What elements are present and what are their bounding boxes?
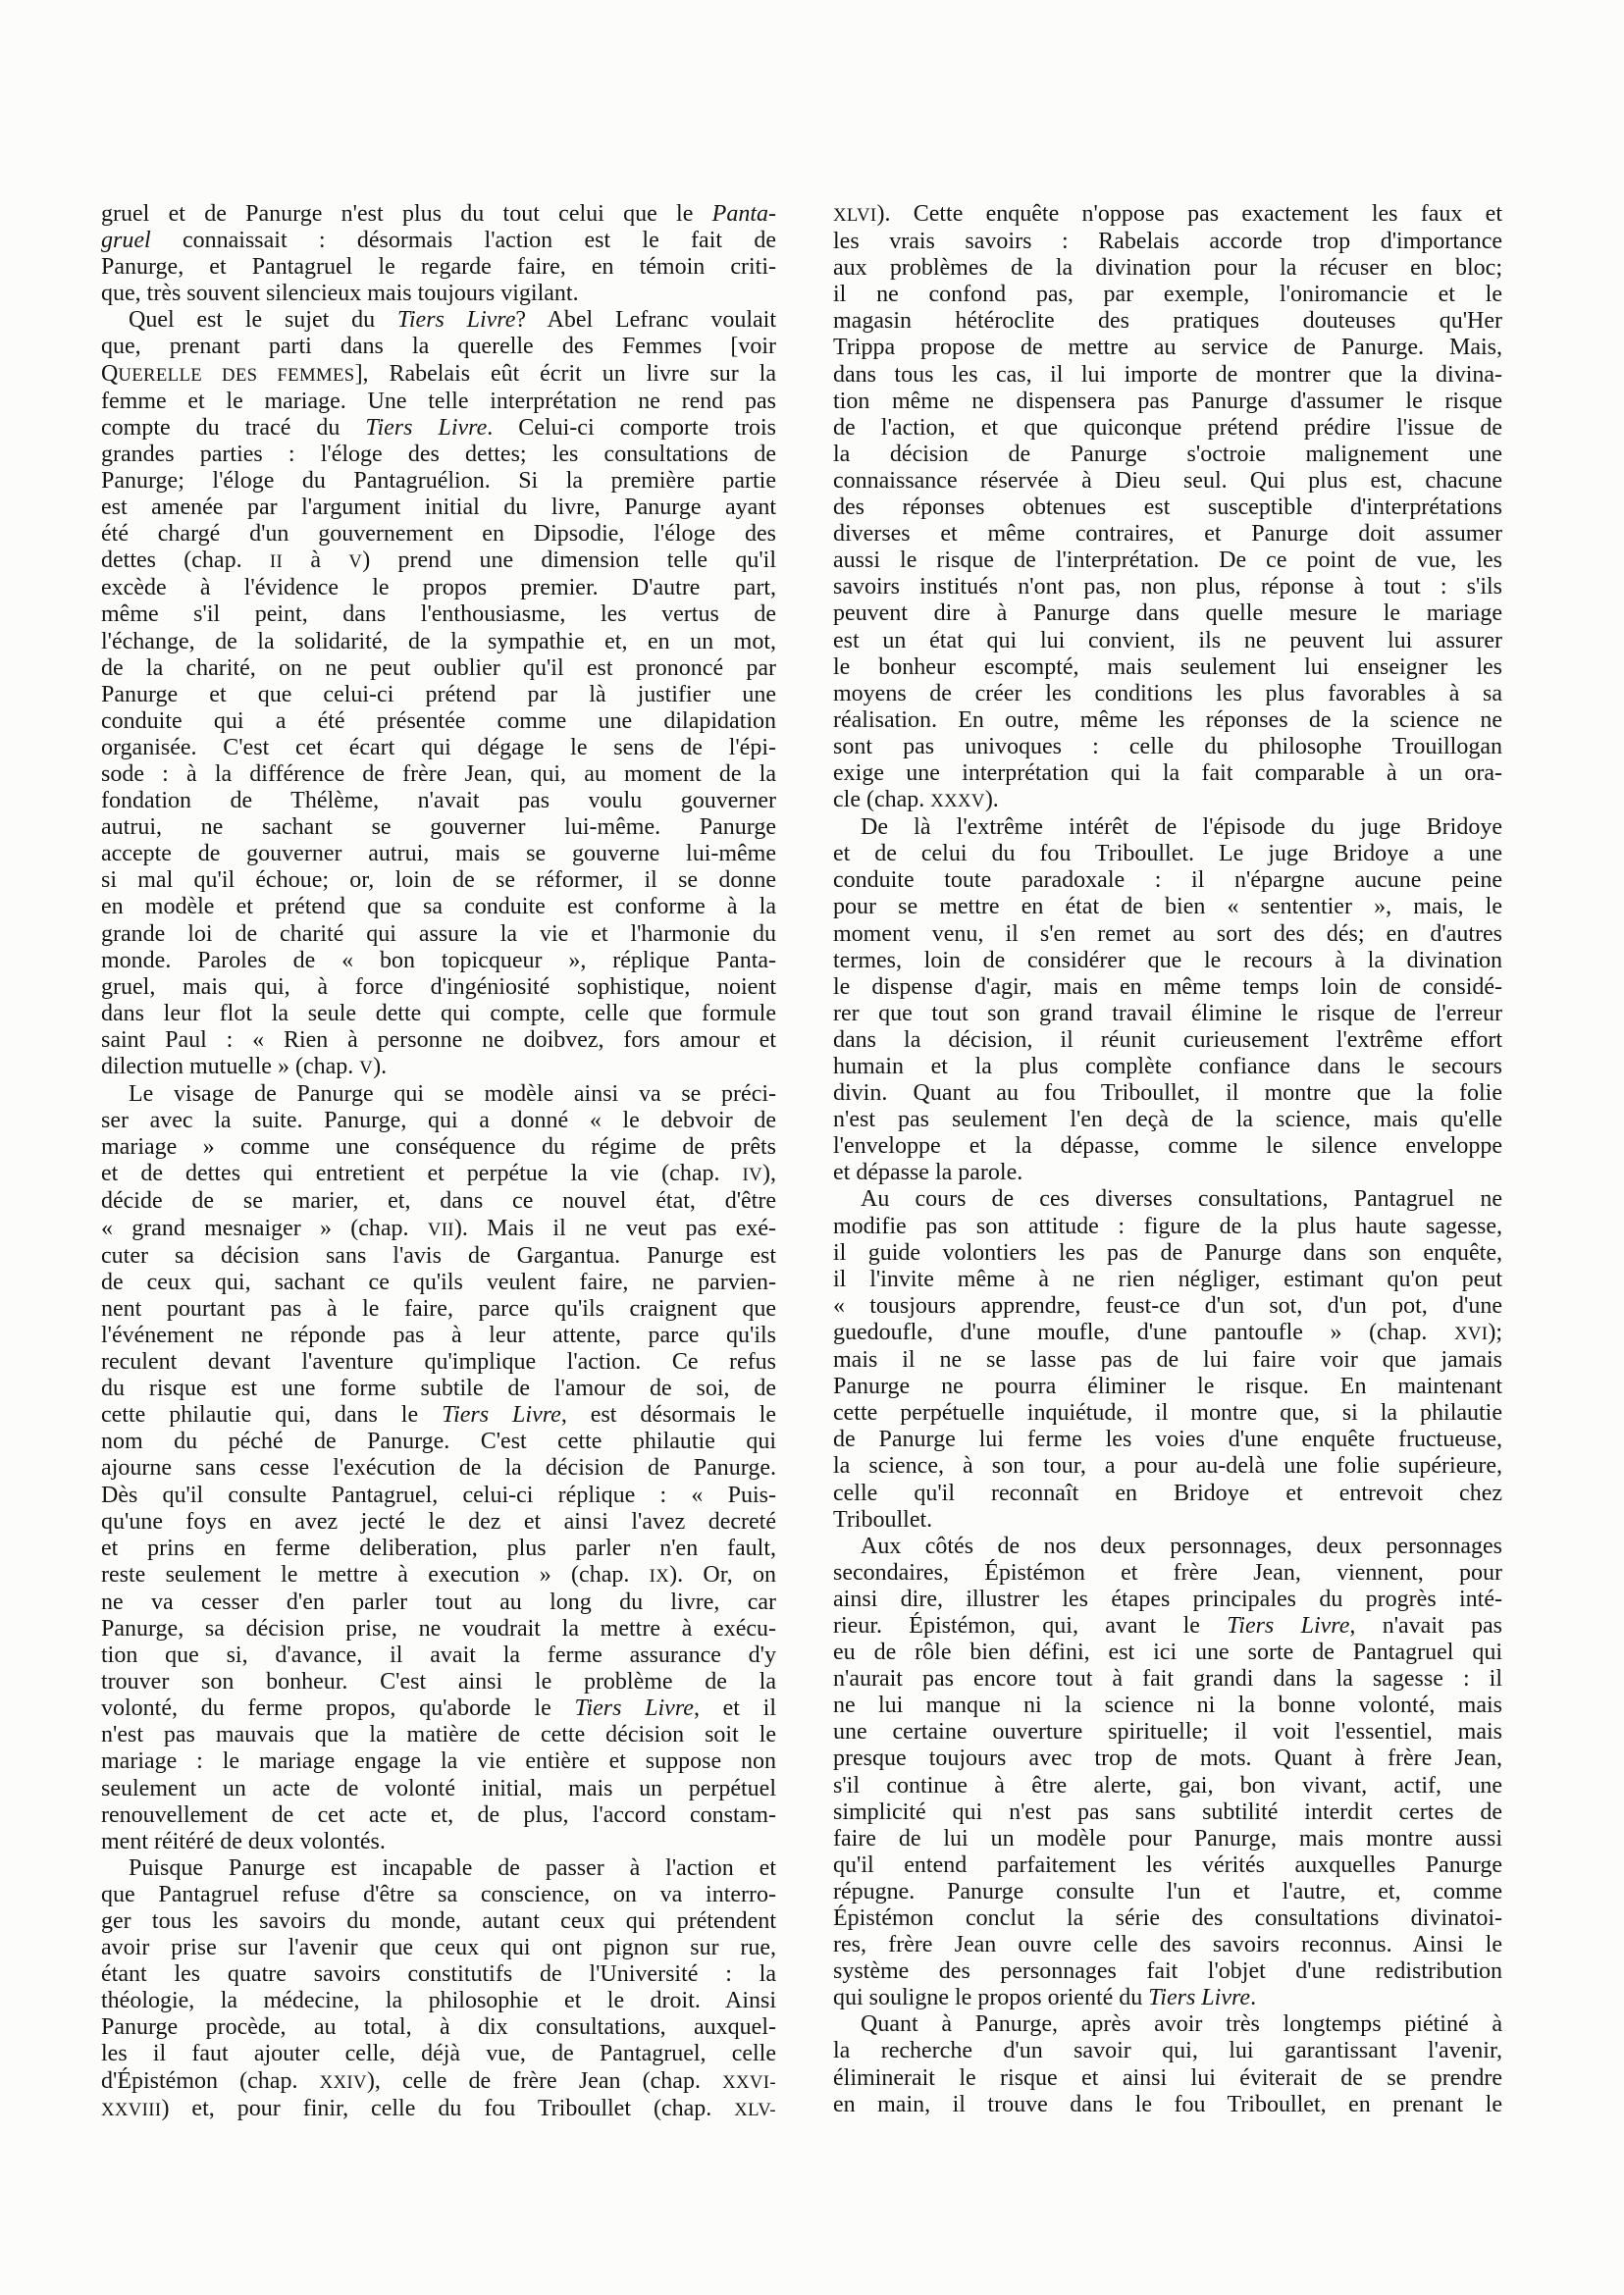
text-line: répugne. Panurge consulte l'un et l'autr… — [833, 1879, 1502, 1905]
text-line: XLVI). Cette enquête n'oppose pas exacte… — [833, 201, 1502, 229]
text-line: « grand mesnaiger » (chap. VII). Mais il… — [101, 1216, 776, 1243]
text-line: Aux côtés de nos deux personnages, deux … — [833, 1534, 1502, 1560]
small-caps-text: XVI — [1454, 1324, 1488, 1344]
text-line: gruel et de Panurge n'est plus du tout c… — [101, 201, 776, 228]
text-line: Panurge procède, au total, à dix consult… — [101, 2014, 776, 2041]
text-line: moment venu, il s'en remet au sort des d… — [833, 921, 1502, 948]
text-line: cuter sa décision sans l'avis de Gargant… — [101, 1243, 776, 1270]
text-line: il guide volontiers les pas de Panurge d… — [833, 1240, 1502, 1267]
text-line: cette perpétuelle inquiétude, il montre … — [833, 1400, 1502, 1427]
text-line: monde. Paroles de « bon topicqueur », ré… — [101, 948, 776, 974]
left-column: gruel et de Panurge n'est plus du tout c… — [101, 201, 776, 2123]
text-line: Panurge, et Pantagruel le regarde faire,… — [101, 254, 776, 281]
text-line: que, très souvent silencieux mais toujou… — [101, 281, 776, 307]
text-line: qu'il entend parfaitement les vérités au… — [833, 1852, 1502, 1879]
text-line: sont pas univoques : celle du philosophe… — [833, 734, 1502, 760]
text-line: les il faut ajouter celle, déjà vue, de … — [101, 2041, 776, 2067]
text-line: le bonheur escompté, mais seulement lui … — [833, 654, 1502, 681]
text-line: avoir prise sur l'avenir que ceux qui on… — [101, 1935, 776, 1961]
text-line: conduite qui a été présentée comme une d… — [101, 708, 776, 735]
small-caps-text: V — [359, 1058, 373, 1078]
text-line: en main, il trouve dans le fou Triboulle… — [833, 2092, 1502, 2118]
text-line: cette philautie qui, dans le Tiers Livre… — [101, 1402, 776, 1429]
text-line: ajourne sans cesse l'exécution de la déc… — [101, 1455, 776, 1482]
text-line: et de celui du fou Triboullet. Le juge B… — [833, 841, 1502, 867]
text-line: Panurge, sa décision prise, ne voudrait … — [101, 1616, 776, 1643]
text-line: l'enveloppe et la dépasse, comme le sile… — [833, 1133, 1502, 1160]
text-line: Quel est le sujet du Tiers Livre? Abel L… — [101, 307, 776, 334]
text-line: reculent devant l'aventure qu'implique l… — [101, 1349, 776, 1376]
text-line: dans leur flot la seule dette qui compte… — [101, 1001, 776, 1027]
text-line: faire de lui un modèle pour Panurge, mai… — [833, 1826, 1502, 1852]
right-column: XLVI). Cette enquête n'oppose pas exacte… — [833, 201, 1502, 2118]
text-line: est un état qui lui convient, ils ne peu… — [833, 628, 1502, 654]
text-line: la décision de Panurge s'octroie maligne… — [833, 442, 1502, 468]
small-caps-text: XXXV — [930, 791, 985, 811]
text-line: Au cours de ces diverses consultations, … — [833, 1186, 1502, 1213]
text-line: Le visage de Panurge qui se modèle ainsi… — [101, 1081, 776, 1108]
text-line: divin. Quant au fou Triboullet, il montr… — [833, 1080, 1502, 1107]
text-line: réalisation. En outre, même les réponses… — [833, 707, 1502, 734]
text-line: théologie, la médecine, la philosophie e… — [101, 1988, 776, 2014]
italic-text: Tiers Livre — [1148, 1985, 1250, 2010]
italic-text: Tiers Livre — [365, 415, 487, 441]
text-line: et de dettes qui entretient et perpétue … — [101, 1161, 776, 1188]
text-line: tion même ne dispensera pas Panurge d'as… — [833, 389, 1502, 415]
text-line: fondation de Thélème, n'avait pas voulu … — [101, 788, 776, 814]
small-caps-text: IX — [650, 1566, 669, 1587]
text-line: exige une interprétation qui la fait com… — [833, 760, 1502, 787]
text-line: termes, loin de considérer que le recour… — [833, 948, 1502, 974]
text-line: une certaine ouverture spirituelle; il v… — [833, 1719, 1502, 1746]
small-caps-text: UERELLE DES FEMMES — [118, 365, 354, 386]
italic-text: gruel — [101, 228, 151, 253]
text-line: Panurge ne pourra éliminer le risque. En… — [833, 1374, 1502, 1400]
small-caps-text: II — [270, 551, 283, 572]
text-line: rer que tout son grand travail élimine l… — [833, 1001, 1502, 1027]
text-line: nom du péché de Panurge. C'est cette phi… — [101, 1429, 776, 1455]
text-line: gruel, mais qui, à force d'ingéniosité s… — [101, 974, 776, 1001]
text-line: « tousjours apprendre, feust-ce d'un sot… — [833, 1293, 1502, 1320]
text-line: ne lui manque ni la science ni la bonne … — [833, 1693, 1502, 1719]
text-line: nent pourtant pas à le faire, parce qu'i… — [101, 1296, 776, 1323]
text-line: même s'il peint, dans l'enthousiasme, le… — [101, 601, 776, 628]
text-line: mais il ne se lasse pas de lui faire voi… — [833, 1347, 1502, 1374]
text-line: n'est pas mauvais que la matière de cett… — [101, 1722, 776, 1748]
small-caps-text: XXVIII — [101, 2100, 161, 2120]
text-line: la science, à son tour, a pour au-delà u… — [833, 1453, 1502, 1480]
text-line: magasin hétéroclite des pratiques douteu… — [833, 308, 1502, 335]
text-line: Dès qu'il consulte Pantagruel, celui-ci … — [101, 1483, 776, 1509]
text-line: Triboullet. — [833, 1507, 1502, 1534]
italic-text: Tiers Livre — [442, 1402, 561, 1428]
text-line: n'aurait pas encore tout à fait grandi d… — [833, 1666, 1502, 1693]
text-line: de l'action, et que quiconque prétend pr… — [833, 415, 1502, 442]
text-line: reste seulement le mettre à execution » … — [101, 1562, 776, 1590]
text-line: été chargé d'un gouvernement en Dipsodie… — [101, 521, 776, 548]
text-line: savoirs institués n'ont pas, non plus, r… — [833, 574, 1502, 600]
text-line: de la charité, on ne peut oublier qu'il … — [101, 655, 776, 682]
text-line: mariage : le mariage engage la vie entiè… — [101, 1748, 776, 1775]
small-caps-text: VII — [428, 1220, 454, 1240]
text-line: pour se mettre en état de bien « sentent… — [833, 894, 1502, 920]
text-line: trouver son bonheur. C'est ainsi le prob… — [101, 1669, 776, 1695]
small-caps-text: XLV- — [734, 2100, 776, 2120]
text-line: Panurge; l'éloge du Pantagruélion. Si la… — [101, 468, 776, 495]
text-line: étant les quatre savoirs constitutifs de… — [101, 1961, 776, 1988]
document-page: gruel et de Panurge n'est plus du tout c… — [0, 0, 1624, 2295]
text-line: et dépasse la parole. — [833, 1160, 1502, 1186]
text-line: que Pantagruel refuse d'être sa conscien… — [101, 1882, 776, 1908]
text-line: si mal qu'il échoue; or, loin de se réfo… — [101, 867, 776, 894]
text-line: femme et le mariage. Une telle interprét… — [101, 389, 776, 415]
italic-text: Panta- — [712, 201, 776, 227]
text-line: de Panurge lui ferme les voies d'une enq… — [833, 1427, 1502, 1453]
text-line: eu de rôle bien défini, est ici une sort… — [833, 1640, 1502, 1666]
text-line: secondaires, Épistémon et frère Jean, vi… — [833, 1560, 1502, 1587]
text-line: autrui, ne sachant se gouverner lui-même… — [101, 814, 776, 841]
text-line: des réponses obtenues est susceptible d'… — [833, 495, 1502, 521]
text-line: Panurge et que celui-ci prétend par là j… — [101, 682, 776, 708]
text-line: excède à l'évidence le propos premier. D… — [101, 575, 776, 601]
text-line: grandes parties : l'éloge des dettes; le… — [101, 442, 776, 468]
italic-text: Tiers Livre — [574, 1695, 694, 1721]
small-caps-text: XLVI — [833, 205, 876, 226]
text-line: dilection mutuelle » (chap. V). — [101, 1054, 776, 1081]
text-line: Puisque Panurge est incapable de passer … — [101, 1855, 776, 1882]
text-line: du risque est une forme subtile de l'amo… — [101, 1376, 776, 1402]
text-line: s'il continue à être alerte, gai, bon vi… — [833, 1773, 1502, 1799]
text-line: de ceux qui, sachant ce qu'ils veulent f… — [101, 1270, 776, 1296]
small-caps-text: XXIV — [320, 2072, 367, 2093]
italic-text: Tiers Livre — [1227, 1613, 1349, 1639]
text-line: modifie pas son attitude : figure de la … — [833, 1214, 1502, 1240]
text-line: que, prenant parti dans la querelle des … — [101, 334, 776, 360]
text-line: res, frère Jean ouvre celle des savoirs … — [833, 1932, 1502, 1958]
text-line: Quant à Panurge, après avoir très longte… — [833, 2011, 1502, 2038]
text-line: seulement un acte de volonté initial, ma… — [101, 1776, 776, 1802]
text-line: renouvellement de cet acte et, de plus, … — [101, 1802, 776, 1829]
text-line: QUERELLE DES FEMMES], Rabelais eût écrit… — [101, 361, 776, 389]
text-line: sode : à la différence de frère Jean, qu… — [101, 761, 776, 788]
text-line: mariage » comme une conséquence du régim… — [101, 1134, 776, 1161]
text-line: connaissance réservée à Dieu seul. Qui p… — [833, 468, 1502, 495]
text-line: grande loi de charité qui assure la vie … — [101, 921, 776, 948]
text-line: ment réitéré de deux volontés. — [101, 1829, 776, 1855]
text-line: ainsi dire, illustrer les étapes princip… — [833, 1587, 1502, 1613]
text-line: saint Paul : « Rien à personne ne doibve… — [101, 1027, 776, 1054]
text-line: la recherche d'un savoir qui, lui garant… — [833, 2038, 1502, 2064]
text-line: l'événement ne réponde pas à leur attent… — [101, 1323, 776, 1349]
text-line: organisée. C'est cet écart qui dégage le… — [101, 735, 776, 761]
small-caps-text: IV — [743, 1165, 762, 1185]
text-line: aux problèmes de la divination pour la r… — [833, 255, 1502, 282]
text-line: presque toujours avec trop de mots. Quan… — [833, 1746, 1502, 1772]
text-line: il l'invite même à ne rien négliger, est… — [833, 1267, 1502, 1293]
text-line: le dispense d'agir, mais en même temps l… — [833, 974, 1502, 1001]
text-line: humain et la plus complète confiance dan… — [833, 1054, 1502, 1080]
text-line: est amenée par l'argument initial du liv… — [101, 495, 776, 521]
text-line: dans la décision, il réunit curieusement… — [833, 1027, 1502, 1054]
text-line: conduite toute paradoxale : il n'épargne… — [833, 867, 1502, 894]
text-line: diverses et même contraires, et Panurge … — [833, 521, 1502, 548]
text-line: celle qu'il reconnaît en Bridoye et entr… — [833, 1481, 1502, 1507]
text-line: XXVIII) et, pour finir, celle du fou Tri… — [101, 2096, 776, 2123]
text-line: il ne confond pas, par exemple, l'onirom… — [833, 282, 1502, 308]
text-line: aussi le risque de l'interprétation. De … — [833, 548, 1502, 574]
text-line: qu'une foys en avez jecté le dez et ains… — [101, 1509, 776, 1536]
text-line: éliminerait le risque et ainsi lui évite… — [833, 2065, 1502, 2092]
text-line: qui souligne le propos orienté du Tiers … — [833, 1985, 1502, 2011]
text-line: n'est pas seulement l'en deçà de la scie… — [833, 1107, 1502, 1133]
text-line: et prins en ferme deliberation, plus par… — [101, 1536, 776, 1562]
text-line: rieur. Épistémon, qui, avant le Tiers Li… — [833, 1613, 1502, 1640]
text-line: ne va cesser d'en parler tout au long du… — [101, 1590, 776, 1616]
text-line: compte du tracé du Tiers Livre. Celui-ci… — [101, 415, 776, 442]
small-caps-text: XXVI- — [722, 2072, 776, 2093]
text-line: Épistémon conclut la série des consultat… — [833, 1905, 1502, 1932]
text-line: volonté, du ferme propos, qu'aborde le T… — [101, 1695, 776, 1722]
text-line: tion que si, d'avance, il avait la ferme… — [101, 1643, 776, 1669]
text-line: ser avec la suite. Panurge, qui a donné … — [101, 1108, 776, 1134]
text-line: peuvent dire à Panurge dans quelle mesur… — [833, 600, 1502, 627]
text-line: d'Épistémon (chap. XXIV), celle de frère… — [101, 2068, 776, 2096]
text-line: simplicité qui n'est pas sans subtilité … — [833, 1799, 1502, 1826]
small-caps-text: V — [348, 551, 362, 572]
italic-text: Tiers Livre — [397, 307, 516, 333]
text-line: en modèle et prétend que sa conduite est… — [101, 894, 776, 920]
text-line: l'échange, de la solidarité, de la sympa… — [101, 629, 776, 655]
text-line: accepte de gouverner autrui, mais se gou… — [101, 841, 776, 867]
text-line: cle (chap. XXXV). — [833, 787, 1502, 814]
text-line: les vrais savoirs : Rabelais accorde tro… — [833, 229, 1502, 255]
text-line: De là l'extrême intérêt de l'épisode du … — [833, 814, 1502, 841]
text-line: moyens de créer les conditions les plus … — [833, 681, 1502, 707]
text-line: ger tous les savoirs du monde, autant ce… — [101, 1908, 776, 1935]
text-line: décide de se marier, et, dans ce nouvel … — [101, 1188, 776, 1215]
text-line: Trippa propose de mettre au service de P… — [833, 335, 1502, 361]
text-line: guedoufle, d'une moufle, d'une pantoufle… — [833, 1320, 1502, 1347]
text-line: dettes (chap. II à V) prend une dimensio… — [101, 548, 776, 575]
text-line: dans tous les cas, il lui importe de mon… — [833, 362, 1502, 389]
text-line: gruel connaissait : désormais l'action e… — [101, 228, 776, 254]
text-line: système des personnages fait l'objet d'u… — [833, 1958, 1502, 1985]
